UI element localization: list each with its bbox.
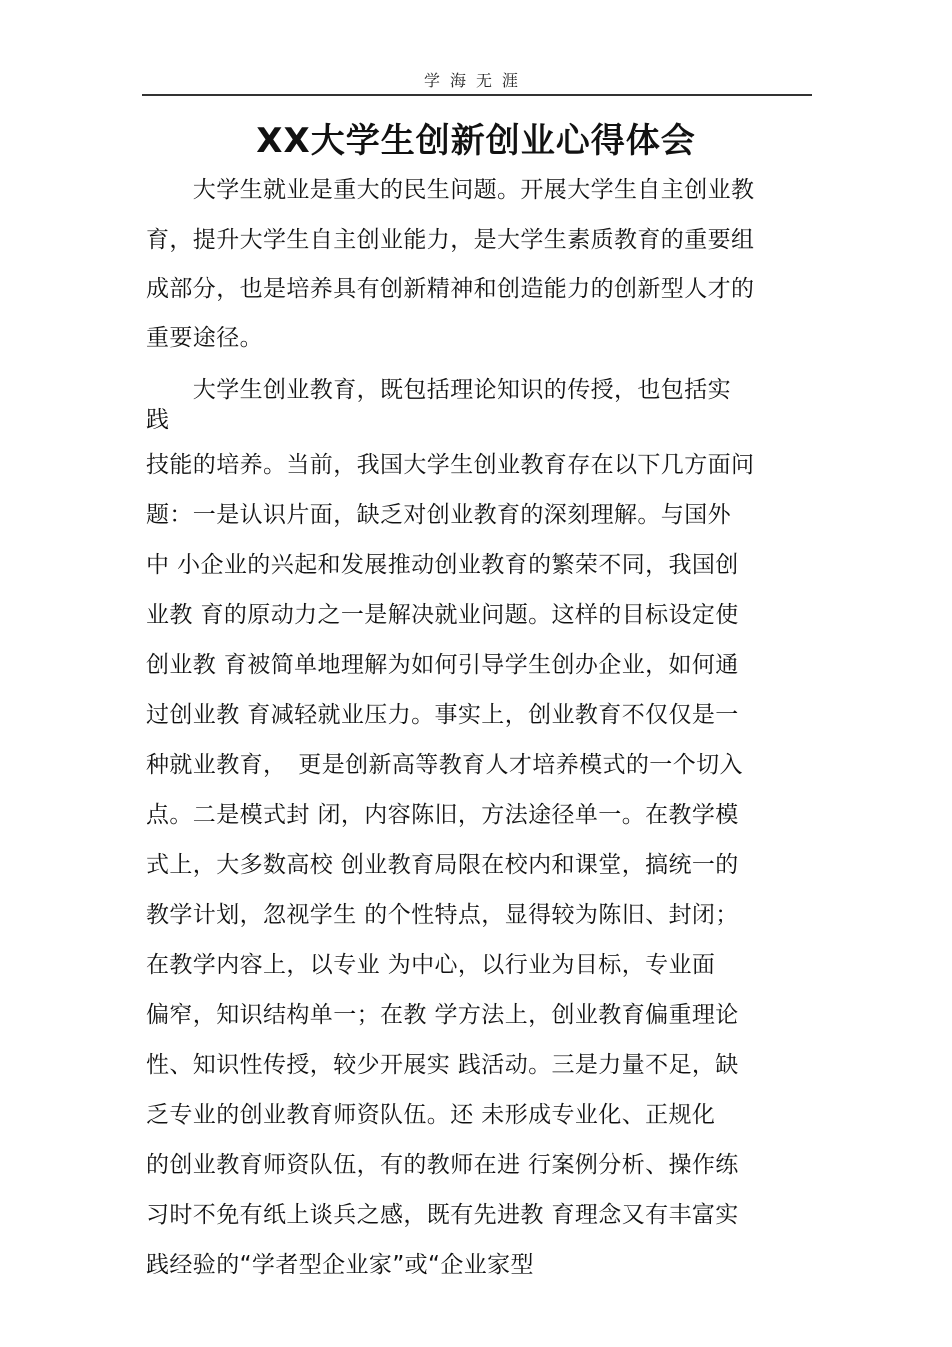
text-line: 种就业教育， 更是创新高等教育人才培养模式的一个切入 (146, 750, 743, 780)
text-line: 在教学内容上，以专业 为中心，以行业为目标，专业面 (146, 950, 715, 980)
text-line: 成部分，也是培养具有创新精神和创造能力的创新型人才的 (146, 274, 754, 304)
text-line: 大学生就业是重大的民生问题。开展大学生自主创业教 (146, 175, 754, 205)
text-line: 践经验的“学者型企业家”或“企业家型 (146, 1250, 534, 1280)
text-line: 大学生创业教育，既包括理论知识的传授，也包括实 (146, 375, 731, 405)
text-line: 习时不免有纸上谈兵之感，既有先进教 育理念又有丰富实 (146, 1200, 739, 1230)
document-title: XX大学生创新创业心得体会 (0, 113, 952, 162)
text-line: 教学计划，忽视学生 的个性特点，显得较为陈旧、封闭； (146, 900, 739, 930)
text-line: 乏专业的创业教育师资队伍。还 未形成专业化、正规化 (146, 1100, 715, 1130)
text-line: 式上，大多数高校 创业教育局限在校内和课堂，搞统一的 (146, 850, 739, 880)
page-header: 学海无涯 (0, 68, 952, 91)
text-line: 育，提升大学生自主创业能力，是大学生素质教育的重要组 (146, 225, 754, 255)
text-line: 业教 育的原动力之一是解决就业问题。这样的目标设定使 (146, 600, 739, 630)
text-line: 的创业教育师资队伍，有的教师在进 行案例分析、操作练 (146, 1150, 739, 1180)
text-line: 题：一是认识片面，缺乏对创业教育的深刻理解。与国外 (146, 500, 731, 530)
header-divider (142, 94, 812, 96)
text-line: 性、知识性传授，较少开展实 践活动。三是力量不足，缺 (146, 1050, 739, 1080)
text-line: 践 (146, 405, 169, 435)
text-line: 点。二是模式封 闭，内容陈旧，方法途径单一。在教学模 (146, 800, 739, 830)
text-line: 创业教 育被简单地理解为如何引导学生创办企业，如何通 (146, 650, 739, 680)
text-line: 中 小企业的兴起和发展推动创业教育的繁荣不同，我国创 (146, 550, 739, 580)
text-line: 重要途径。 (146, 323, 263, 353)
text-line: 技能的培养。当前，我国大学生创业教育存在以下几方面问 (146, 450, 754, 480)
text-line: 过创业教 育减轻就业压力。事实上，创业教育不仅仅是一 (146, 700, 739, 730)
text-line: 偏窄，知识结构单一；在教 学方法上，创业教育偏重理论 (146, 1000, 739, 1030)
